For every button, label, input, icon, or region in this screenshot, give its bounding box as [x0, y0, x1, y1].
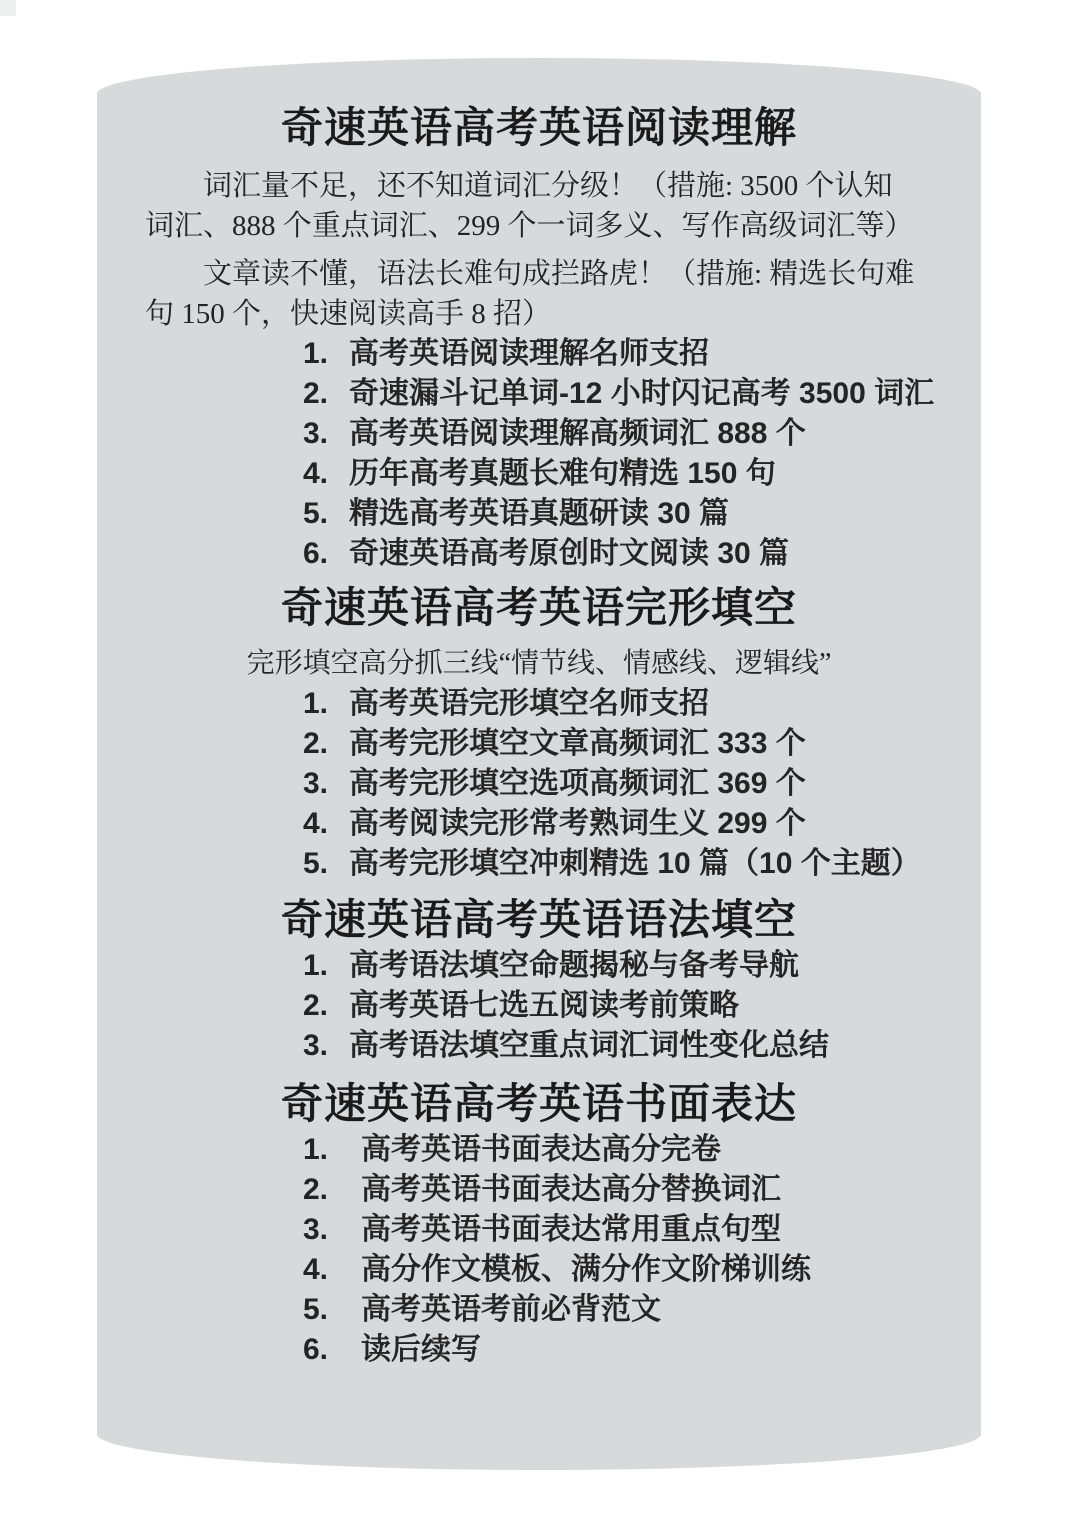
item-text: 精选高考英语真题研读 30 篇 [349, 497, 729, 530]
list-item: 1.高考英语完形填空名师支招 [303, 684, 981, 724]
list-item: 2.高考英语书面表达高分替换词汇 [303, 1170, 981, 1210]
intro-paragraphs: 词汇量不足，还不知道词汇分级！（措施: 3500 个认知词汇、888 个重点词汇… [145, 166, 917, 334]
list-item: 5.高考完形填空冲刺精选 10 篇（10 个主题） [303, 844, 981, 884]
item-number: 3. [303, 1026, 349, 1066]
item-text: 高考英语考前必背范文 [361, 1293, 661, 1326]
list-item: 4.高考阅读完形常考熟词生义 299 个 [303, 804, 981, 844]
list-item: 2.高考英语七选五阅读考前策略 [303, 986, 981, 1026]
item-number: 1. [303, 946, 349, 986]
section-grammar: 奇速英语高考英语语法填空 1.高考语法填空命题揭秘与备考导航 2.高考英语七选五… [97, 894, 981, 1066]
list-item: 1.高考英语阅读理解名师支招 [303, 334, 981, 374]
item-list: 1.高考英语阅读理解名师支招 2.奇速漏斗记单词-12 小时闪记高考 3500 … [97, 334, 981, 574]
list-item: 1.高考英语书面表达高分完卷 [303, 1130, 981, 1170]
item-number: 3. [303, 414, 349, 454]
list-item: 1.高考语法填空命题揭秘与备考导航 [303, 946, 981, 986]
list-item: 3.高考完形填空选项高频词汇 369 个 [303, 764, 981, 804]
item-text: 高考完形填空冲刺精选 10 篇（10 个主题） [349, 847, 921, 880]
item-text: 高考英语阅读理解名师支招 [349, 337, 709, 370]
section-cloze: 奇速英语高考英语完形填空 完形填空高分抓三线“情节线、情感线、逻辑线” 1.高考… [97, 582, 981, 884]
item-list: 1.高考语法填空命题揭秘与备考导航 2.高考英语七选五阅读考前策略 3.高考语法… [97, 946, 981, 1066]
item-number: 2. [303, 724, 349, 764]
section-subline: 完形填空高分抓三线“情节线、情感线、逻辑线” [97, 644, 981, 684]
list-item: 6.奇速英语高考原创时文阅读 30 篇 [303, 534, 981, 574]
item-number: 4. [303, 804, 349, 844]
section-writing: 奇速英语高考英语书面表达 1.高考英语书面表达高分完卷 2.高考英语书面表达高分… [97, 1078, 981, 1370]
list-item: 5.精选高考英语真题研读 30 篇 [303, 494, 981, 534]
item-text: 高考语法填空重点词汇词性变化总结 [349, 1029, 829, 1062]
item-number: 4. [303, 454, 349, 494]
item-number: 2. [303, 1170, 361, 1210]
list-item: 4.高分作文模板、满分作文阶梯训练 [303, 1250, 981, 1290]
item-number: 5. [303, 494, 349, 534]
item-number: 4. [303, 1250, 361, 1290]
item-number: 3. [303, 1210, 361, 1250]
item-number: 6. [303, 534, 349, 574]
item-text: 奇速漏斗记单词-12 小时闪记高考 3500 词汇 [349, 377, 934, 410]
item-number: 6. [303, 1330, 361, 1370]
item-text: 高考完形填空选项高频词汇 369 个 [349, 767, 806, 800]
item-number: 2. [303, 374, 349, 414]
list-item: 4.历年高考真题长难句精选 150 句 [303, 454, 981, 494]
item-text: 高考语法填空命题揭秘与备考导航 [349, 949, 799, 982]
list-item: 6.读后续写 [303, 1330, 981, 1370]
item-text: 历年高考真题长难句精选 150 句 [349, 457, 776, 490]
item-list: 1.高考英语完形填空名师支招 2.高考完形填空文章高频词汇 333 个 3.高考… [97, 684, 981, 884]
item-number: 5. [303, 844, 349, 884]
item-number: 5. [303, 1290, 361, 1330]
list-item: 2.奇速漏斗记单词-12 小时闪记高考 3500 词汇 [303, 374, 981, 414]
item-text: 读后续写 [361, 1333, 481, 1366]
list-item: 3.高考英语阅读理解高频词汇 888 个 [303, 414, 981, 454]
item-text: 高考英语书面表达高分完卷 [361, 1133, 721, 1166]
item-list: 1.高考英语书面表达高分完卷 2.高考英语书面表达高分替换词汇 3.高考英语书面… [97, 1130, 981, 1370]
item-number: 1. [303, 1130, 361, 1170]
item-text: 高考英语阅读理解高频词汇 888 个 [349, 417, 806, 450]
item-text: 高考阅读完形常考熟词生义 299 个 [349, 807, 806, 840]
scan-artifact [0, 0, 16, 16]
section-title: 奇速英语高考英语语法填空 [97, 894, 981, 946]
section-reading: 奇速英语高考英语阅读理解 词汇量不足，还不知道词汇分级！（措施: 3500 个认… [97, 102, 981, 574]
item-text: 奇速英语高考原创时文阅读 30 篇 [349, 537, 789, 570]
item-text: 高考英语书面表达高分替换词汇 [361, 1173, 781, 1206]
item-number: 1. [303, 334, 349, 374]
intro-paragraph: 文章读不懂，语法长难句成拦路虎！（措施: 精选长句难句 150 个，快速阅读高手… [145, 254, 917, 334]
item-number: 3. [303, 764, 349, 804]
intro-paragraph: 词汇量不足，还不知道词汇分级！（措施: 3500 个认知词汇、888 个重点词汇… [145, 166, 917, 246]
list-item: 3.高考语法填空重点词汇词性变化总结 [303, 1026, 981, 1066]
item-text: 高分作文模板、满分作文阶梯训练 [361, 1253, 811, 1286]
item-text: 高考英语完形填空名师支招 [349, 687, 709, 720]
list-item: 2.高考完形填空文章高频词汇 333 个 [303, 724, 981, 764]
section-title: 奇速英语高考英语阅读理解 [97, 102, 981, 154]
item-number: 1. [303, 684, 349, 724]
list-item: 5.高考英语考前必背范文 [303, 1290, 981, 1330]
list-item: 3.高考英语书面表达常用重点句型 [303, 1210, 981, 1250]
item-text: 高考英语七选五阅读考前策略 [349, 989, 739, 1022]
item-text: 高考完形填空文章高频词汇 333 个 [349, 727, 806, 760]
section-title: 奇速英语高考英语完形填空 [97, 582, 981, 634]
section-title: 奇速英语高考英语书面表达 [97, 1078, 981, 1130]
flyer-panel: 奇速英语高考英语阅读理解 词汇量不足，还不知道词汇分级！（措施: 3500 个认… [97, 58, 981, 1470]
item-number: 2. [303, 986, 349, 1026]
item-text: 高考英语书面表达常用重点句型 [361, 1213, 781, 1246]
